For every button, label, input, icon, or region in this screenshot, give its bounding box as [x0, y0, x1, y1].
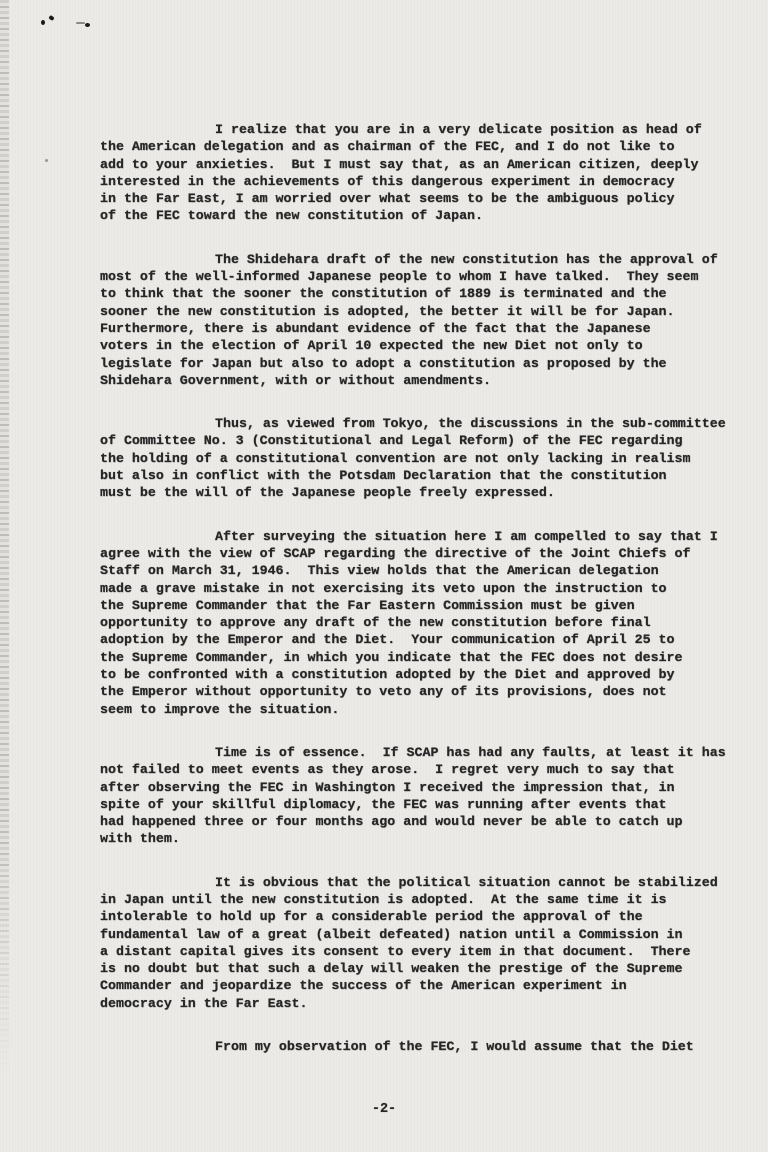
- ink-speck: [48, 15, 54, 21]
- ink-speck: [41, 20, 45, 25]
- paragraph-2: The Shidehara draft of the new constitut…: [100, 251, 740, 389]
- scan-edge-artifact: [0, 0, 9, 1075]
- ink-speck: [76, 22, 85, 24]
- paragraph-5: Time is of essence. If SCAP has had any …: [100, 744, 740, 848]
- letter-body: I realize that you are in a very delicat…: [100, 121, 740, 1055]
- paragraph-7: From my observation of the FEC, I would …: [100, 1038, 740, 1055]
- ink-speck: [85, 23, 90, 27]
- paragraph-1: I realize that you are in a very delicat…: [100, 121, 740, 225]
- paragraph-3: Thus, as viewed from Tokyo, the discussi…: [100, 415, 740, 501]
- paragraph-6: It is obvious that the political situati…: [100, 874, 740, 1012]
- scanned-letter-page: I realize that you are in a very delicat…: [0, 0, 768, 1152]
- paragraph-4: After surveying the situation here I am …: [100, 528, 740, 718]
- page-number: -2-: [0, 1102, 768, 1117]
- ink-speck: [45, 159, 48, 162]
